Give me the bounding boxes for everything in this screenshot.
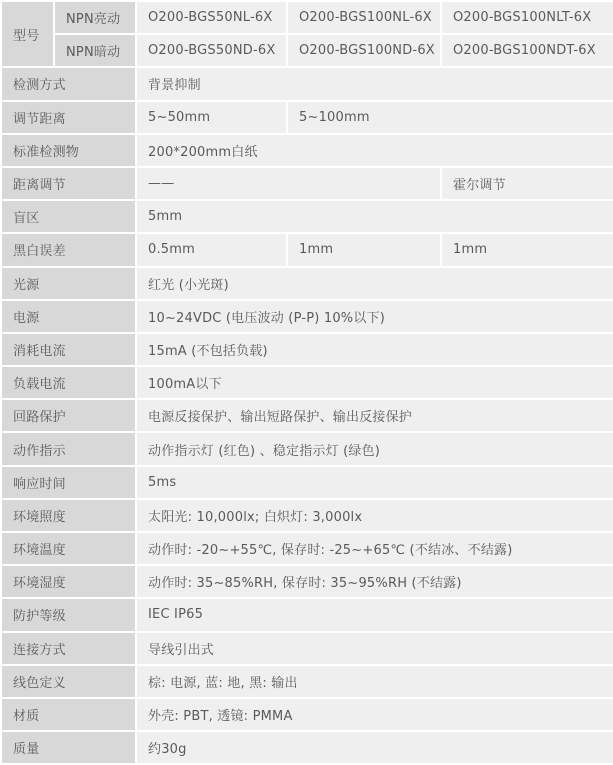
spec-row: 环境温度动作时: -20~+55℃, 保存时: -25~+65℃ (不结冰、不结… <box>1 532 613 565</box>
spec-row: 回路保护电源反接保护、输出短路保护、输出反接保护 <box>1 399 613 432</box>
spec-row: 光源红光 (小光斑) <box>1 267 613 300</box>
spec-value-cell: 背景抑制 <box>136 67 613 100</box>
sub-type-cell: NPN亮动 <box>54 1 136 34</box>
spec-label-cell: 质量 <box>1 731 136 764</box>
model-number-cell: O200-BGS100NLT-6X <box>441 1 613 34</box>
spec-label-cell: 连接方式 <box>1 632 136 665</box>
spec-label-cell: 调节距离 <box>1 101 136 134</box>
spec-label-cell: 环境照度 <box>1 499 136 532</box>
spec-row: 动作指示动作指示灯 (红色) 、稳定指示灯 (绿色) <box>1 432 613 465</box>
spec-row: 环境湿度动作时: 35~85%RH, 保存时: 35~95%RH (不结露) <box>1 565 613 598</box>
spec-value-cell: 5ms <box>136 466 613 499</box>
spec-label-cell: 环境温度 <box>1 532 136 565</box>
spec-label-cell: 光源 <box>1 267 136 300</box>
spec-table: 型号NPN亮动O200-BGS50NL-6XO200-BGS100NL-6XO2… <box>0 0 613 765</box>
spec-value-cell: 动作指示灯 (红色) 、稳定指示灯 (绿色) <box>136 432 613 465</box>
spec-row: 距离调节——霍尔调节 <box>1 167 613 200</box>
spec-row: 电源10~24VDC (电压波动 (P-P) 10%以下) <box>1 300 613 333</box>
spec-value-cell: 200*200mm白纸 <box>136 134 613 167</box>
spec-row: 响应时间5ms <box>1 466 613 499</box>
spec-row: 防护等级IEC IP65 <box>1 598 613 631</box>
spec-row: 调节距离5~50mm5~100mm <box>1 101 613 134</box>
spec-value-cell: 约30g <box>136 731 613 764</box>
model-row: 型号NPN亮动O200-BGS50NL-6XO200-BGS100NL-6XO2… <box>1 1 613 34</box>
spec-value-cell: 霍尔调节 <box>441 167 613 200</box>
spec-sheet-page: 型号NPN亮动O200-BGS50NL-6XO200-BGS100NL-6XO2… <box>0 0 613 765</box>
model-number-cell: O200-BGS100NDT-6X <box>441 34 613 67</box>
model-number-cell: O200-BGS100ND-6X <box>287 34 441 67</box>
sub-type-cell: NPN暗动 <box>54 34 136 67</box>
spec-label-cell: 电源 <box>1 300 136 333</box>
spec-row: 线色定义棕: 电源, 蓝: 地, 黑: 输出 <box>1 665 613 698</box>
spec-label-cell: 标准检测物 <box>1 134 136 167</box>
spec-value-cell: 动作时: 35~85%RH, 保存时: 35~95%RH (不结露) <box>136 565 613 598</box>
spec-value-cell: 导线引出式 <box>136 632 613 665</box>
spec-row: 环境照度太阳光: 10,000lx; 白炽灯: 3,000lx <box>1 499 613 532</box>
spec-value-cell: 0.5mm <box>136 233 287 266</box>
spec-row: 消耗电流15mA (不包括负载) <box>1 333 613 366</box>
spec-row: 检测方式背景抑制 <box>1 67 613 100</box>
spec-label-cell: 线色定义 <box>1 665 136 698</box>
spec-value-cell: 红光 (小光斑) <box>136 267 613 300</box>
spec-value-cell: 1mm <box>287 233 441 266</box>
spec-row: 黑白误差0.5mm1mm1mm <box>1 233 613 266</box>
spec-value-cell: 外壳: PBT, 透镜: PMMA <box>136 698 613 731</box>
spec-value-cell: 动作时: -20~+55℃, 保存时: -25~+65℃ (不结冰、不结露) <box>136 532 613 565</box>
spec-value-cell: 电源反接保护、输出短路保护、输出反接保护 <box>136 399 613 432</box>
spec-label-cell: 防护等级 <box>1 598 136 631</box>
model-number-cell: O200-BGS50NL-6X <box>136 1 287 34</box>
spec-label-cell: 环境湿度 <box>1 565 136 598</box>
spec-value-cell: 5~100mm <box>287 101 613 134</box>
spec-label-cell: 盲区 <box>1 200 136 233</box>
spec-value-cell: 100mA以下 <box>136 366 613 399</box>
spec-label-cell: 材质 <box>1 698 136 731</box>
spec-value-cell: 棕: 电源, 蓝: 地, 黑: 输出 <box>136 665 613 698</box>
spec-row: 材质外壳: PBT, 透镜: PMMA <box>1 698 613 731</box>
model-number-cell: O200-BGS50ND-6X <box>136 34 287 67</box>
spec-value-cell: 10~24VDC (电压波动 (P-P) 10%以下) <box>136 300 613 333</box>
spec-label-cell: 距离调节 <box>1 167 136 200</box>
spec-label-cell: 黑白误差 <box>1 233 136 266</box>
spec-label-cell: 动作指示 <box>1 432 136 465</box>
spec-label-cell: 回路保护 <box>1 399 136 432</box>
model-number-cell: O200-BGS100NL-6X <box>287 1 441 34</box>
spec-label-cell-model: 型号 <box>1 1 54 67</box>
spec-value-cell: 太阳光: 10,000lx; 白炽灯: 3,000lx <box>136 499 613 532</box>
spec-row: 负载电流100mA以下 <box>1 366 613 399</box>
spec-value-cell: 15mA (不包括负载) <box>136 333 613 366</box>
spec-label-cell: 消耗电流 <box>1 333 136 366</box>
spec-value-cell: 5mm <box>136 200 613 233</box>
spec-label-cell: 检测方式 <box>1 67 136 100</box>
spec-label-cell: 负载电流 <box>1 366 136 399</box>
spec-row: 盲区5mm <box>1 200 613 233</box>
spec-label-cell: 响应时间 <box>1 466 136 499</box>
spec-value-cell: —— <box>136 167 441 200</box>
spec-row: 质量约30g <box>1 731 613 764</box>
model-row: NPN暗动O200-BGS50ND-6XO200-BGS100ND-6XO200… <box>1 34 613 67</box>
spec-value-cell: 1mm <box>441 233 613 266</box>
spec-value-cell: 5~50mm <box>136 101 287 134</box>
spec-row: 连接方式导线引出式 <box>1 632 613 665</box>
spec-row: 标准检测物200*200mm白纸 <box>1 134 613 167</box>
spec-value-cell: IEC IP65 <box>136 598 613 631</box>
